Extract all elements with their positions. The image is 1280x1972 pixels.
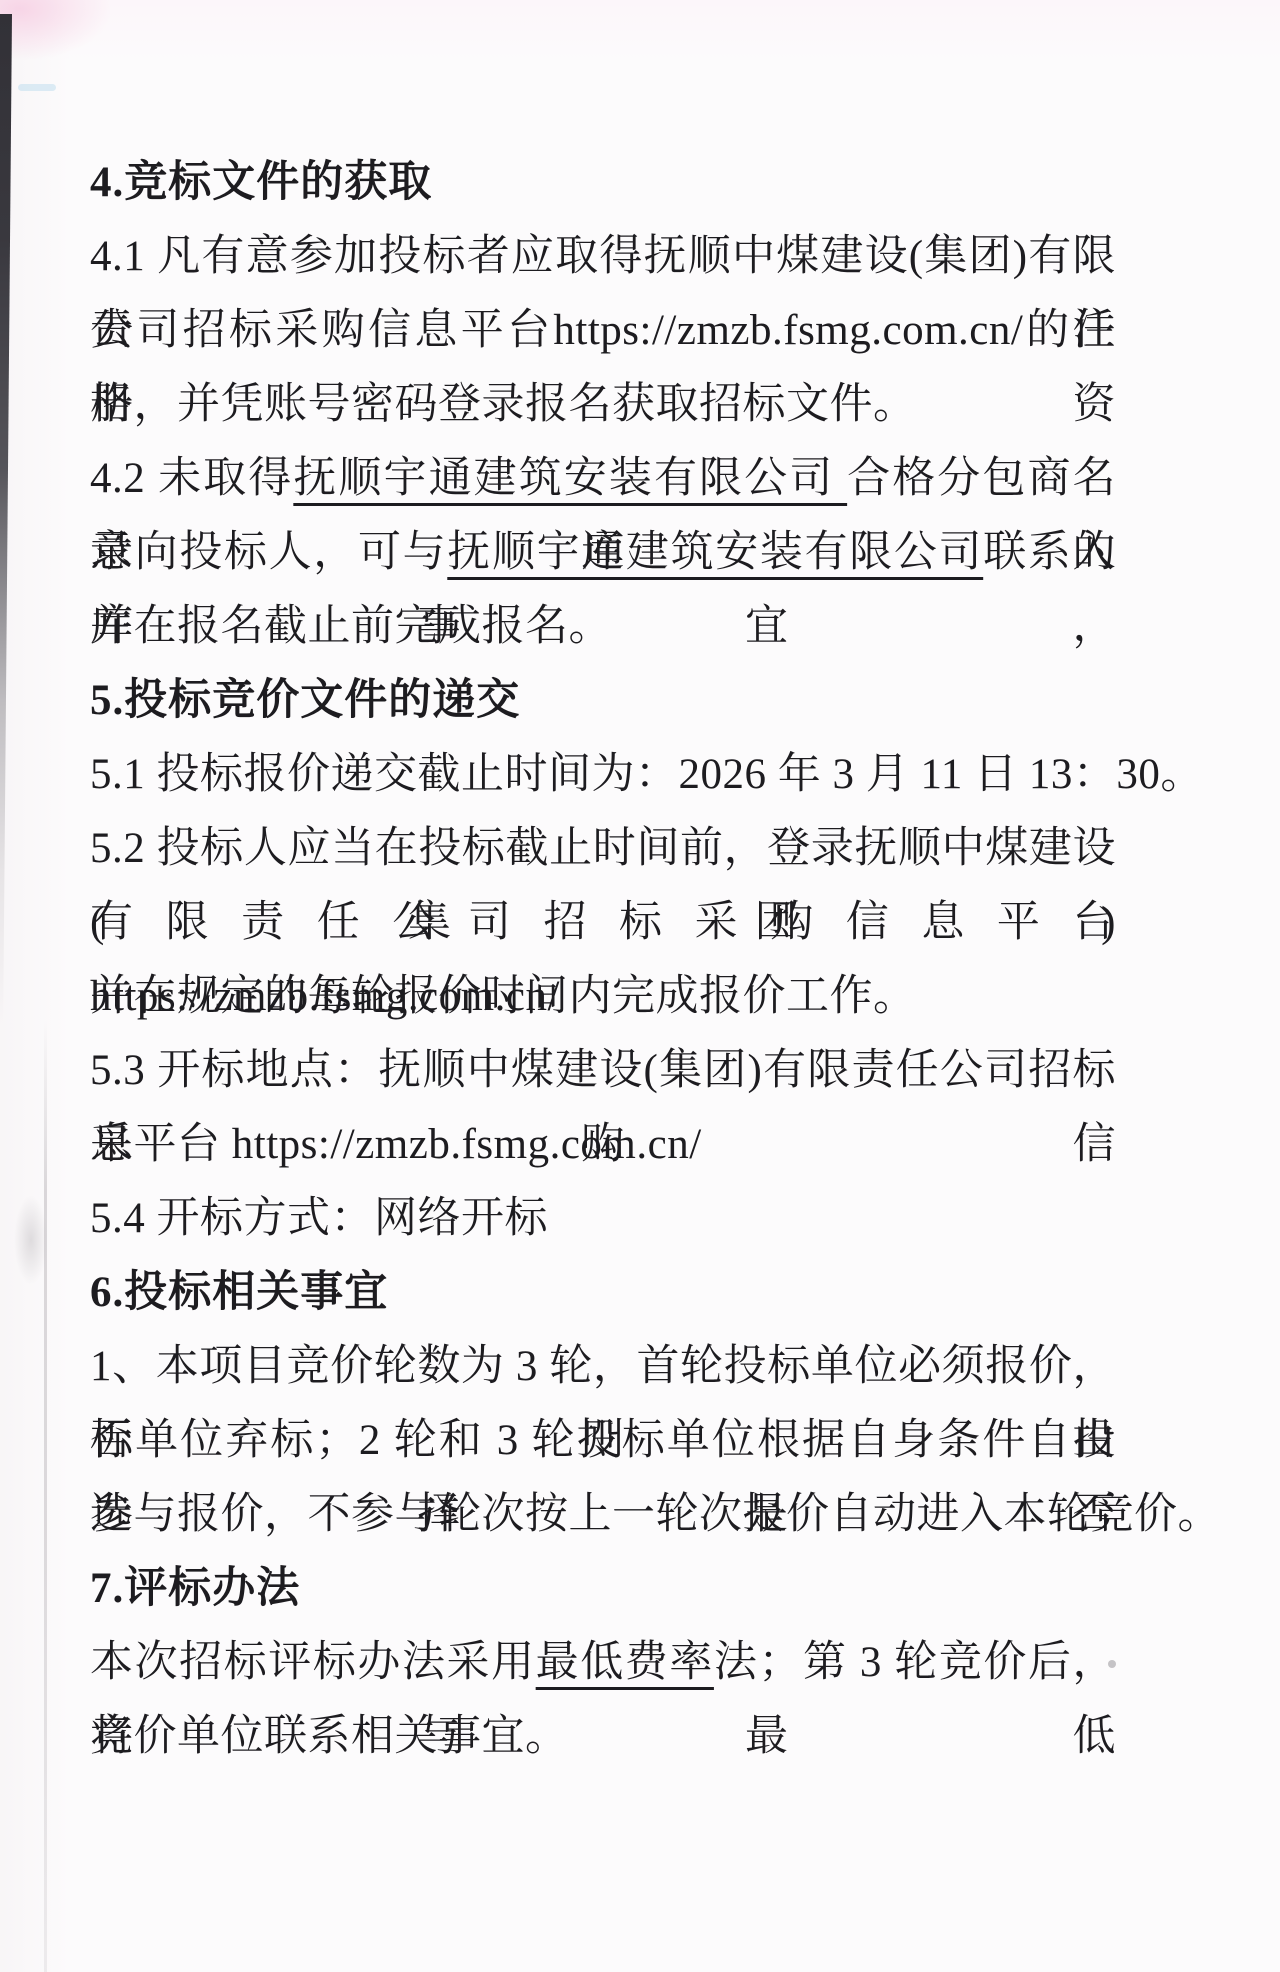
text-segment: 本次招标评标办法采用 — [90, 1639, 536, 1686]
section-heading: 6.投标相关事宜 — [90, 1256, 1116, 1330]
text-segment: 参与报价，不参与轮次按上一轮次报价自动进入本轮竞价。 — [90, 1491, 1221, 1538]
text-segment: 4.2 未取得 — [90, 455, 293, 502]
doc-line: 5.4 开标方式：网络开标 — [90, 1182, 1116, 1256]
section-heading: 7.评标办法 — [90, 1552, 1116, 1626]
text-segment: 格，并凭账号密码登录报名获取招标文件。 — [90, 381, 917, 428]
scanned-document-page: { "page": { "background_color": "#fcfbfc… — [0, 0, 1280, 1972]
text-segment: 并在报名截止前完成报名。 — [90, 603, 612, 650]
underlined-text: 抚顺宇通建筑安装有限公司 — [447, 529, 983, 576]
text-segment: 4.竞标文件的获取 — [90, 159, 432, 206]
text-segment: 息平台 https://zmzb.fsmg.com.cn/ — [90, 1121, 702, 1168]
text-segment: 意向投标人，可与 — [90, 529, 447, 576]
doc-line: 标单位弃标；2 轮和 3 轮投标单位根据自身条件自由选择是否 — [90, 1404, 1116, 1478]
doc-line: 4.2 未取得抚顺宇通建筑安装有限公司 合格分包商名录库的 — [90, 442, 1116, 516]
doc-line: 本次招标评标办法采用最低费率法；第 3 轮竞价后，将与最低 — [90, 1626, 1116, 1700]
doc-line: 参与报价，不参与轮次按上一轮次报价自动进入本轮竞价。 — [90, 1478, 1116, 1552]
doc-line: 1、本项目竞价轮数为 3 轮，首轮投标单位必须报价，否则投 — [90, 1330, 1116, 1404]
doc-line: 5.2 投标人应当在投标截止时间前，登录抚顺中煤建设(集团) — [90, 812, 1116, 886]
scan-artifact-left-edge-shadow — [0, 14, 12, 1024]
doc-line: 并在规定的每轮报价时间内完成报价工作。 — [90, 960, 1116, 1034]
scan-artifact-pink-blush — [0, 0, 110, 60]
text-segment: 5.1 投标报价递交截止时间为：2026 年 3 月 11 日 13：30。 — [90, 751, 1204, 798]
doc-line: 有限责任公司招标采购信息平台 https://zmzb.fsmg.com.cn/ — [90, 886, 1116, 960]
text-segment: 竞价单位联系相关事宜。 — [90, 1713, 569, 1760]
underlined-text: 抚顺宇通建筑安装有限公司 — [293, 455, 847, 502]
text-segment: 5.投标竞价文件的递交 — [90, 677, 520, 724]
text-segment: 并在规定的每轮报价时间内完成报价工作。 — [90, 973, 917, 1020]
scan-artifact-smudge — [14, 1195, 48, 1285]
doc-line: 5.3 开标地点：抚顺中煤建设(集团)有限责任公司招标采购信 — [90, 1034, 1116, 1108]
underlined-text: 最低费率 — [536, 1639, 714, 1686]
text-segment: 5.4 开标方式：网络开标 — [90, 1195, 548, 1242]
doc-line: 意向投标人，可与抚顺宇通建筑安装有限公司联系入库事宜， — [90, 516, 1116, 590]
section-heading: 5.投标竞价文件的递交 — [90, 664, 1116, 738]
section-heading: 4.竞标文件的获取 — [90, 146, 1116, 220]
document-body: 4.竞标文件的获取4.1 凡有意参加投标者应取得抚顺中煤建设(集团)有限责任公司… — [90, 146, 1116, 1774]
doc-line: 5.1 投标报价递交截止时间为：2026 年 3 月 11 日 13：30。 — [90, 738, 1116, 812]
doc-line: 公司招标采购信息平台https://zmzb.fsmg.com.cn/的注册资 — [90, 294, 1116, 368]
text-segment: 7.评标办法 — [90, 1565, 300, 1612]
doc-line: 4.1 凡有意参加投标者应取得抚顺中煤建设(集团)有限责任 — [90, 220, 1116, 294]
scan-artifact-crease-line — [44, 1020, 47, 1972]
text-segment: 6.投标相关事宜 — [90, 1269, 388, 1316]
scan-artifact-dash — [18, 84, 56, 91]
